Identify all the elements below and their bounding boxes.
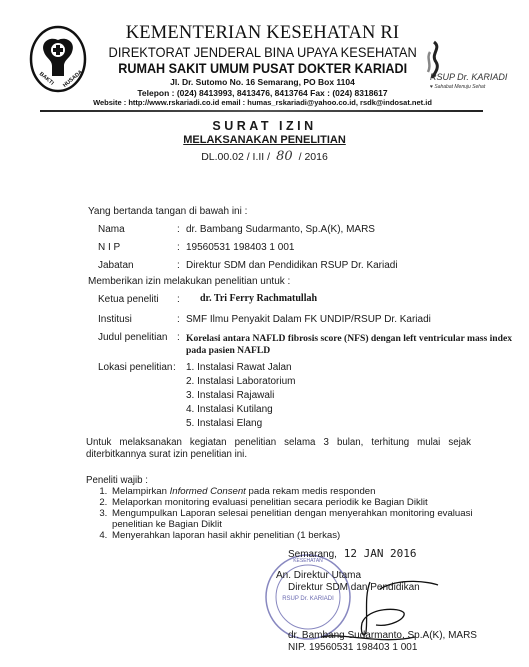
- location-4: 4. Instalasi Kutilang: [186, 404, 273, 416]
- colon: :: [177, 332, 180, 344]
- colon: :: [177, 314, 180, 326]
- colon: :: [177, 224, 180, 236]
- handwritten-number: 80: [276, 149, 293, 164]
- label-ketua: Ketua peneliti: [98, 294, 159, 306]
- obligation-item: Melaporkan monitoring evaluasi penelitia…: [110, 497, 516, 508]
- label-judul: Judul penelitian: [98, 332, 168, 344]
- signer-nip: NIP. 19560531 198403 1 001: [288, 642, 417, 654]
- duration-line-1: Untuk melaksanakan kegiatan penelitian s…: [86, 437, 471, 449]
- value-judul-line1: Korelasi antara NAFLD fibrosis score (NF…: [186, 333, 512, 345]
- location-5: 5. Instalasi Elang: [186, 418, 262, 430]
- document-title: SURAT IZIN: [0, 119, 529, 133]
- document-subtitle: MELAKSANAKAN PENELITIAN: [0, 134, 529, 146]
- obligation-item: Melampirkan Informed Consent pada rekam …: [110, 486, 516, 497]
- obligations-list: Melampirkan Informed Consent pada rekam …: [96, 486, 516, 541]
- location-3: 3. Instalasi Rajawali: [186, 390, 274, 402]
- signer-name: dr. Bambang Sudarmanto, Sp.A(K), MARS: [288, 630, 477, 642]
- value-institusi: SMF Ilmu Penyakit Dalam FK UNDIP/RSUP Dr…: [186, 314, 431, 326]
- permission-intro: Memberikan izin melakukan penelitian unt…: [88, 276, 290, 288]
- value-judul-line2: pada pasien NAFLD: [186, 345, 270, 357]
- logo-tagline: ♥ Sahabat Menuju Sehat: [430, 84, 485, 90]
- rsup-kariadi-logo: RSUP Dr. KARIADI ♥ Sahabat Menuju Sehat: [422, 40, 512, 95]
- colon: :: [177, 260, 180, 272]
- header-rule: [40, 110, 483, 112]
- colon: :: [177, 242, 180, 254]
- obligation-item: Menyerahkan laporan hasil akhir peneliti…: [110, 530, 516, 541]
- label-lokasi: Lokasi penelitian: [98, 362, 173, 374]
- colon: :: [177, 294, 180, 306]
- logo-name: RSUP Dr. KARIADI: [430, 72, 507, 82]
- value-nip: 19560531 198403 1 001: [186, 242, 294, 254]
- obligation-item: Mengumpulkan Laporan selesai penelitian …: [110, 508, 516, 530]
- document-number: DL.00.02 / I.II /80/ 2016: [0, 149, 529, 164]
- closing-place-date: Semarang, 12 JAN 2016: [288, 548, 417, 561]
- value-jabatan: Direktur SDM dan Pendidikan RSUP Dr. Kar…: [186, 260, 398, 272]
- colon: :: [173, 362, 176, 374]
- label-nip: N I P: [98, 242, 120, 254]
- duration-line-2: diterbitkannya surat izin penelitian ini…: [86, 449, 247, 461]
- location-2: 2. Instalasi Laboratorium: [186, 376, 296, 388]
- value-nama: dr. Bambang Sudarmanto, Sp.A(K), MARS: [186, 224, 375, 236]
- label-jabatan: Jabatan: [98, 260, 134, 272]
- label-institusi: Institusi: [98, 314, 132, 326]
- label-nama: Nama: [98, 224, 125, 236]
- value-ketua: dr. Tri Ferry Rachmatullah: [200, 293, 317, 305]
- date-stamp: 12 JAN 2016: [344, 547, 417, 560]
- signatory-intro: Yang bertanda tangan di bawah ini :: [88, 206, 247, 218]
- hospital-website: Website : http://www.rskariadi.co.id ema…: [0, 98, 529, 107]
- location-1: 1. Instalasi Rawat Jalan: [186, 362, 292, 374]
